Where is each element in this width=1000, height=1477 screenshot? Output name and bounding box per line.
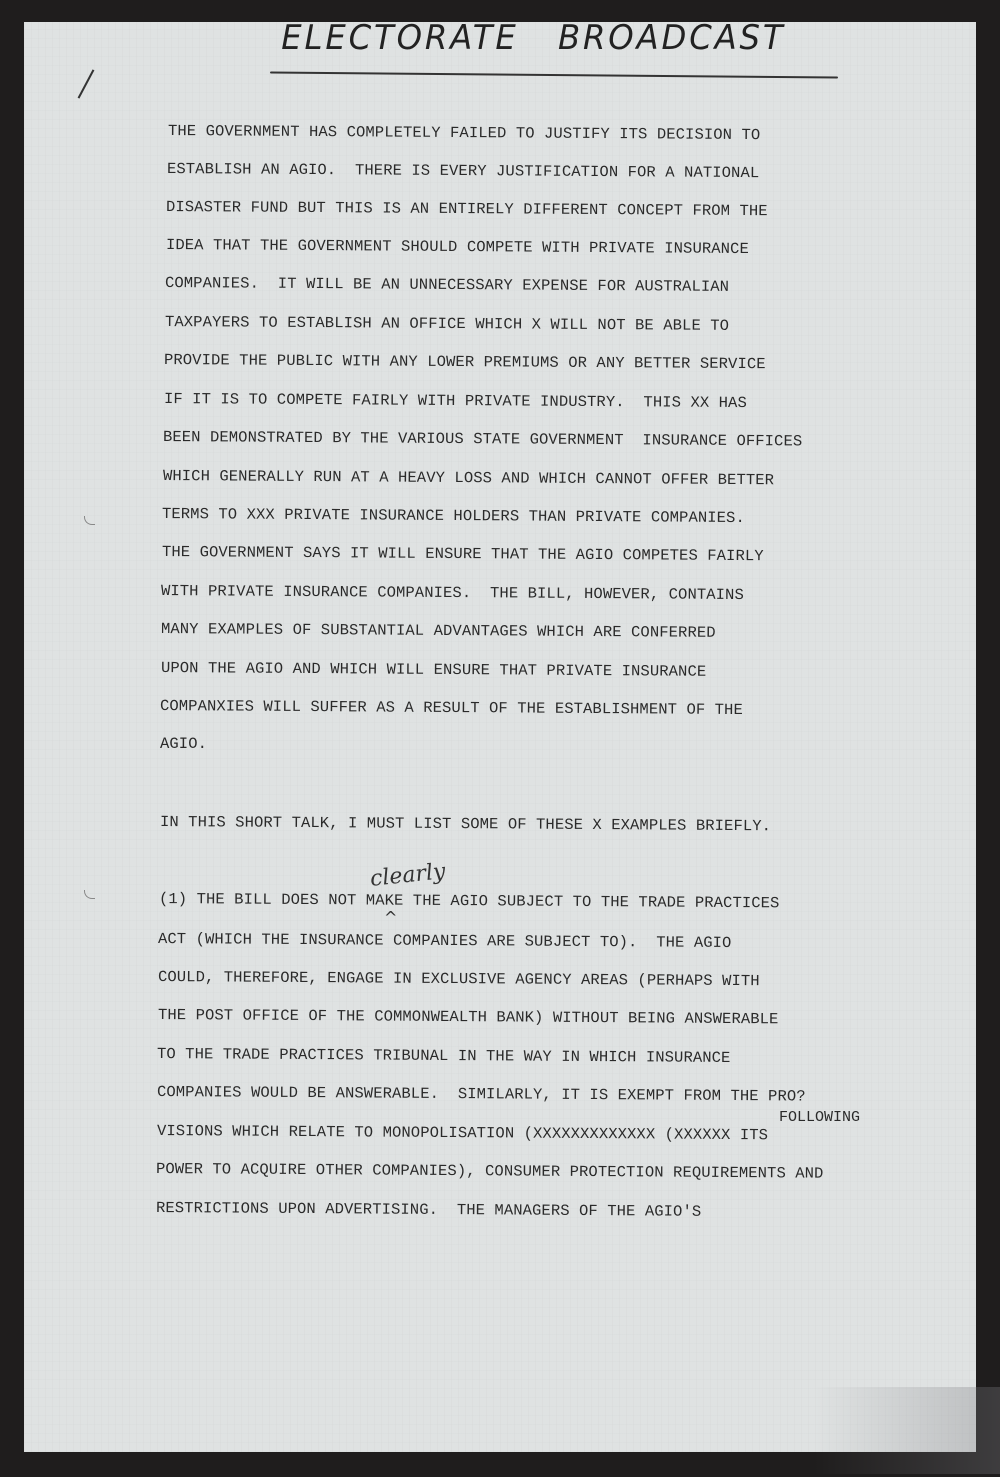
typed-line: AGIO. <box>160 735 207 753</box>
typed-insertion: FOLLOWING <box>779 1109 860 1126</box>
typed-line: UPON THE AGIO AND WHICH WILL ENSURE THAT… <box>161 659 706 681</box>
typed-line: RESTRICTIONS UPON ADVERTISING. THE MANAG… <box>156 1199 701 1221</box>
handwritten-title: ELECTORATE BROADCAST <box>281 18 785 58</box>
typed-line: MANY EXAMPLES OF SUBSTANTIAL ADVANTAGES … <box>161 620 716 642</box>
insertion-caret: ^ <box>384 908 397 927</box>
scan-smudge <box>814 1387 1000 1474</box>
